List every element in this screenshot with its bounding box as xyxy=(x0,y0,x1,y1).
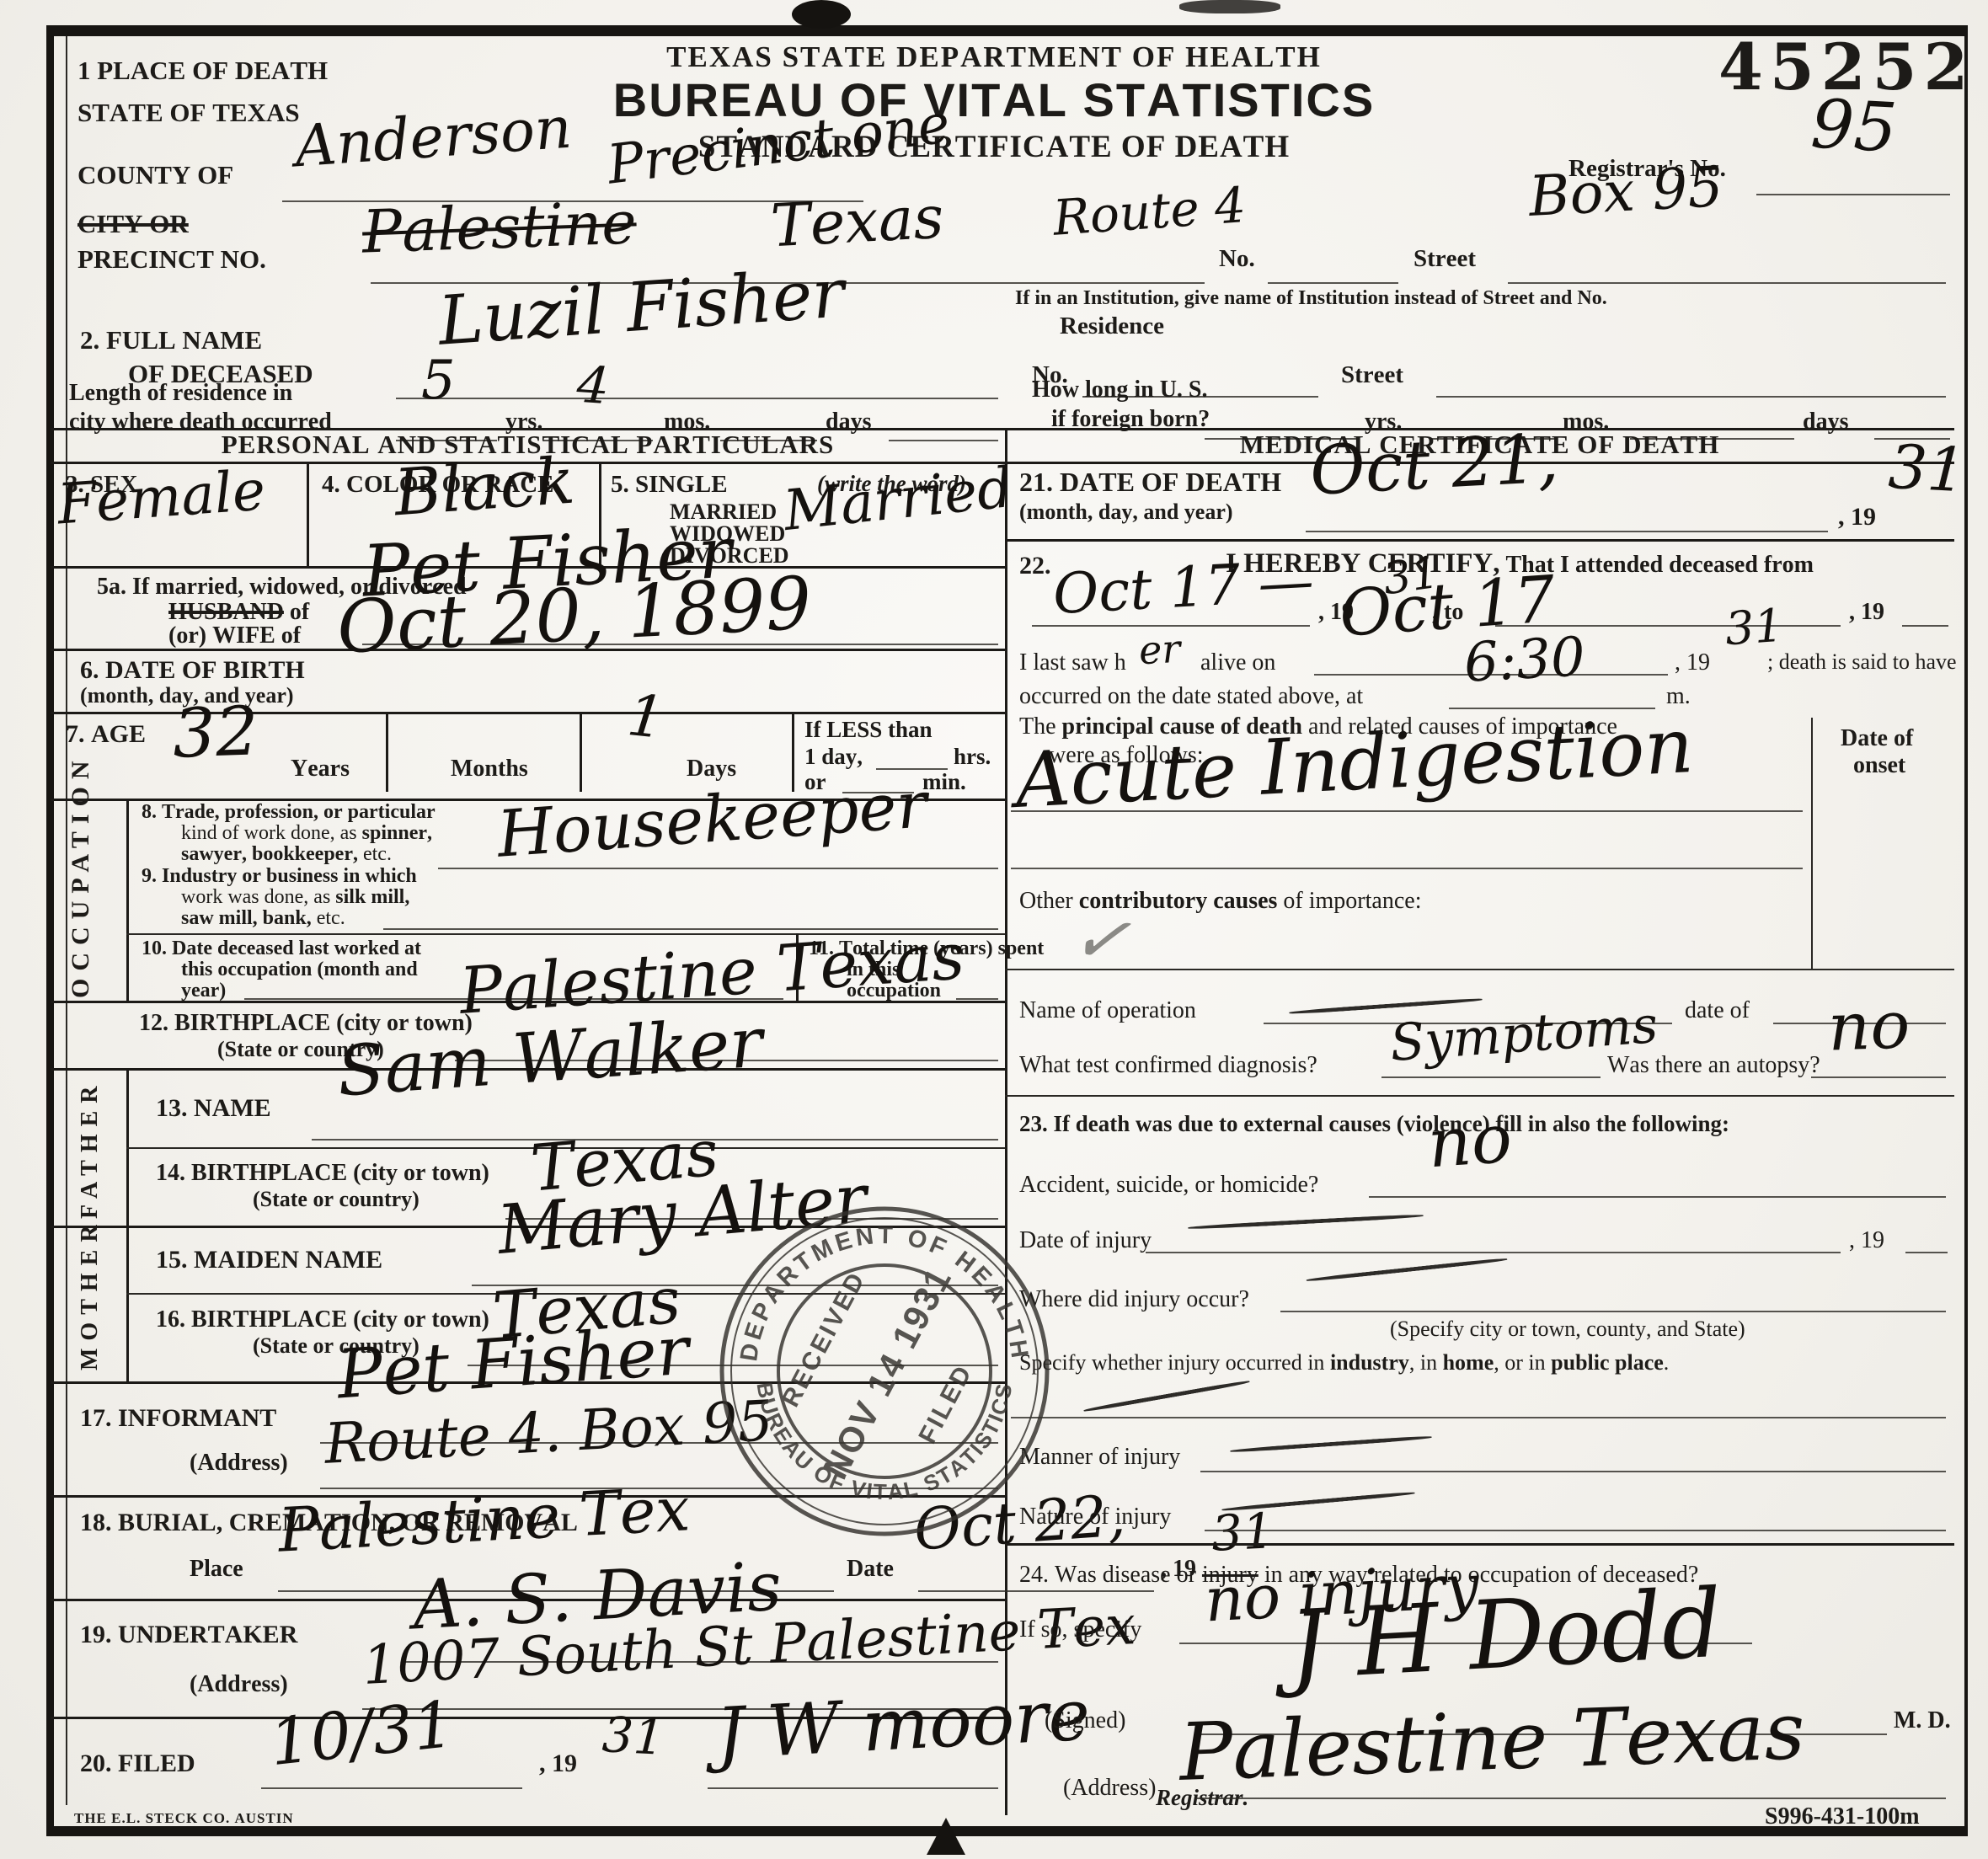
saw-19-label: , 19 xyxy=(1675,650,1710,675)
occ11-rule xyxy=(956,998,998,1000)
spouse-wife-label: (or) WIFE of xyxy=(168,623,301,648)
length-mos-value: 4 xyxy=(575,360,611,413)
spec-label-line: Specify whether injury occurred in indus… xyxy=(1019,1351,1669,1374)
cause-rule-2 xyxy=(1011,868,1803,869)
stamp-graphic: DEPARTMENT OF HEALTH BUREAU OF VITAL STA… xyxy=(716,1203,1053,1540)
spec-label-2: industry xyxy=(1330,1350,1409,1375)
autopsy-rule xyxy=(1811,1076,1946,1078)
dob-label: 6. DATE OF BIRTH xyxy=(80,657,305,684)
place-of-death-label: 1 PLACE OF DEATH xyxy=(77,57,328,85)
occ9-label-2a: work was done, as xyxy=(181,886,335,908)
filed-19-label: , 19 xyxy=(539,1750,577,1777)
burial-date-rule xyxy=(918,1590,1154,1592)
occ8-label-3a: sawyer, bookkeeper, xyxy=(181,843,358,865)
injury-where-rule xyxy=(1280,1311,1946,1312)
q23-label-3: ) fill in also the following: xyxy=(1483,1111,1729,1136)
burial-year-value: 31 xyxy=(1210,1506,1275,1558)
institution-note: If in an Institution, give name of Insti… xyxy=(1015,288,1607,309)
c22-19b-label: , 19 xyxy=(1849,600,1884,624)
undertaker-label: 19. UNDERTAKER xyxy=(80,1621,297,1648)
occ8-label-2a: kind of work done, as xyxy=(181,822,362,844)
age-col-divider-1 xyxy=(386,712,388,792)
ifso-label: If so, specify xyxy=(1019,1617,1141,1642)
age-value: 32 xyxy=(172,697,260,768)
spec-label-5: , or in xyxy=(1494,1350,1551,1375)
min-label: min. xyxy=(922,770,966,793)
undertaker-addr-label: (Address) xyxy=(190,1672,288,1696)
spec-label-4: home xyxy=(1443,1350,1494,1375)
informant-addr-label: (Address) xyxy=(190,1450,288,1475)
occurred-time-value: 6:30 xyxy=(1462,630,1586,690)
burial-place-label: Place xyxy=(190,1557,243,1581)
fullname-label-1: 2. FULL NAME xyxy=(80,327,262,355)
test-rule xyxy=(1381,1076,1601,1078)
dod-year-value: 31 xyxy=(1887,436,1967,501)
spec-label-3: , in xyxy=(1409,1350,1443,1375)
no-value: Route 4 xyxy=(1051,180,1247,243)
operation-date-label: date of xyxy=(1685,998,1750,1023)
county-label: COUNTY OF xyxy=(77,162,233,190)
age-years-label: Years xyxy=(291,756,350,781)
contrib-bottom-rule xyxy=(1005,969,1954,970)
street-value: Box 95 xyxy=(1527,159,1724,225)
less-than-label-1: If LESS than xyxy=(804,718,933,741)
spec-label-7: . xyxy=(1664,1350,1670,1375)
injury-where-label: Where did injury occur? xyxy=(1019,1287,1249,1311)
occ8-label-3: sawyer, bookkeeper, etc. xyxy=(181,844,392,865)
occupation-side-label: OCCUPATION xyxy=(67,817,94,998)
registrar-sig-rule xyxy=(708,1787,998,1789)
injury-date-rule xyxy=(1146,1252,1841,1253)
registrar-no-value: 95 xyxy=(1809,90,1899,162)
q23-label-line: 23. If death was due to external causes … xyxy=(1019,1112,1729,1135)
onset-label-2: onset xyxy=(1853,753,1905,777)
q23-label-1: 23. If death was due to external causes … xyxy=(1019,1111,1404,1136)
test-label: What test confirmed diagnosis? xyxy=(1019,1053,1317,1077)
dod-rule xyxy=(1306,531,1828,532)
less-than-label-2: 1 day, xyxy=(804,745,863,768)
physician-addr-value: Palestine Texas xyxy=(1178,1692,1807,1793)
c22-number: 22. xyxy=(1019,553,1051,580)
autopsy-value: no xyxy=(1827,992,1911,1060)
row23-bottom-rule xyxy=(1005,1543,1954,1546)
occ9-label-3b: etc. xyxy=(312,907,345,929)
howlong-label-1: How long in U. S. xyxy=(1032,377,1208,402)
md-label: M. D. xyxy=(1894,1708,1951,1733)
saw-label-3: ; death is said to have xyxy=(1767,650,1957,673)
signed-label: (Signed) xyxy=(1045,1708,1125,1733)
saw-year-value: 31 xyxy=(1723,603,1784,653)
filed-rule xyxy=(261,1787,522,1789)
occ9-label-3a: saw mill, bank, xyxy=(181,907,312,929)
state-label: STATE OF TEXAS xyxy=(77,99,300,127)
precinct-label: PRECINCT NO. xyxy=(77,246,266,274)
f13-label: 13. NAME xyxy=(156,1095,271,1122)
f14-sub: (State or country) xyxy=(253,1188,420,1210)
saw-label-1: I last saw h xyxy=(1019,650,1126,675)
filed-value: 10/31 xyxy=(267,1692,457,1775)
operation-label: Name of operation xyxy=(1019,998,1196,1023)
q24-label-1: 24. Was disease or xyxy=(1019,1562,1202,1588)
accident-rule xyxy=(1369,1196,1946,1198)
age-col-divider-2 xyxy=(580,712,582,792)
onset-box-border xyxy=(1811,718,1813,969)
occ9-label-2: work was done, as silk mill, xyxy=(181,887,409,908)
father-side-label: FATHER xyxy=(77,1080,102,1219)
precinct-value-struck: Palestine xyxy=(361,193,638,261)
city-or-label-struck: CITY OR xyxy=(77,211,189,238)
from-value: Oct 17 — xyxy=(1051,553,1315,622)
injury-date-year-rule xyxy=(1905,1252,1948,1253)
res-street-rule xyxy=(1436,396,1946,398)
physician-addr-rule xyxy=(1196,1798,1946,1799)
spec-label-6: public place xyxy=(1551,1350,1664,1375)
spouse-husband-line: HUSBAND of xyxy=(168,600,309,624)
contrib-label-3: of importance: xyxy=(1277,888,1421,914)
printer-imprint: THE E.L. STECK CO. AUSTIN xyxy=(74,1811,294,1826)
occ9-label-3: saw mill, bank, etc. xyxy=(181,908,345,929)
parent-col-border xyxy=(126,1068,129,1381)
no-label: No. xyxy=(1219,246,1255,271)
age-days-value: 1 xyxy=(625,687,667,748)
res-street-label: Street xyxy=(1341,362,1403,387)
precinct-value: Texas xyxy=(769,188,945,256)
saw-er-value: er xyxy=(1138,629,1182,670)
form-number: S996-431-100m xyxy=(1765,1804,1920,1829)
spouse-husband-struck: HUSBAND xyxy=(168,599,284,625)
filed-label: 20. FILED xyxy=(80,1750,195,1777)
informant-label: 17. INFORMANT xyxy=(80,1405,276,1432)
fullname-rule xyxy=(396,398,998,399)
injury-date-19-label: , 19 xyxy=(1849,1228,1884,1253)
physician-addr-label: (Address) xyxy=(1063,1776,1156,1800)
occ10-label-2: this occupation (month and xyxy=(181,959,418,980)
accident-label: Accident, suicide, or homicide? xyxy=(1019,1173,1318,1197)
length-yrs-value: 5 xyxy=(421,354,456,408)
dod-19-label: , 19 xyxy=(1838,504,1876,531)
filed-year-value: 31 xyxy=(601,1710,666,1762)
street-label: Street xyxy=(1414,246,1476,271)
blank-rule xyxy=(1011,1417,1946,1418)
death-certificate-scan: 1 PLACE OF DEATH STATE OF TEXAS COUNTY O… xyxy=(0,0,1988,1859)
occ10-label-3: year) xyxy=(181,980,226,1002)
dod-sub: (month, day, and year) xyxy=(1019,500,1233,523)
no-rule xyxy=(1268,282,1398,284)
spec-label-1: Specify whether injury occurred in xyxy=(1019,1350,1330,1375)
sex-value: Female xyxy=(56,462,267,532)
autopsy-label: Was there an autopsy? xyxy=(1607,1053,1820,1077)
occupation-col-border xyxy=(126,799,129,1001)
street-rule xyxy=(1508,282,1946,284)
received-filed-stamp: DEPARTMENT OF HEALTH BUREAU OF VITAL STA… xyxy=(716,1203,1053,1540)
pen-checkmark: ✓ xyxy=(1067,902,1134,979)
registrar-signature: J W moore xyxy=(714,1679,1092,1769)
accident-value: no xyxy=(1425,1105,1514,1178)
length-res-label-1: Length of residence in xyxy=(69,381,292,405)
row22-bottom-rule xyxy=(1005,1095,1954,1097)
age-label: 7. AGE xyxy=(66,721,146,748)
f14-label: 14. BIRTHPLACE (city or town) xyxy=(156,1161,489,1185)
to-year-rule xyxy=(1902,625,1948,627)
age-days-label: Days xyxy=(687,756,736,781)
row21-bottom-rule xyxy=(1005,539,1954,542)
race-value: Black xyxy=(393,449,577,526)
physician-signature: J H Dodd xyxy=(1286,1577,1724,1694)
mother-side-label: MOTHER xyxy=(77,1231,102,1370)
dod-label: 21. DATE OF DEATH xyxy=(1019,468,1281,497)
scan-smudge xyxy=(1179,0,1280,13)
spouse-of: of xyxy=(284,599,309,625)
manner-rule xyxy=(1200,1471,1946,1472)
occ8-label-2b: spinner, xyxy=(362,822,432,844)
occ8-label-1: 8. Trade, profession, or particular xyxy=(142,802,436,823)
nature-rule xyxy=(1205,1530,1946,1531)
burial-date-label: Date xyxy=(847,1557,894,1581)
occ10-label-1: 10. Date deceased last worked at xyxy=(142,938,421,959)
dod-value: Oct 21, xyxy=(1308,425,1560,505)
residence-label: Residence xyxy=(1060,313,1164,339)
age-months-label: Months xyxy=(451,756,528,781)
contrib-label-1: Other xyxy=(1019,888,1079,914)
injury-where-sub: (Specify city or town, county, and State… xyxy=(1390,1317,1745,1340)
bureau-title: BUREAU OF VITAL STATISTICS xyxy=(539,76,1449,126)
onset-label-1: Date of xyxy=(1841,726,1913,751)
cause-rule-1 xyxy=(1011,810,1803,812)
saw-label-2: alive on xyxy=(1200,650,1275,675)
occ8-label-3b: etc. xyxy=(358,843,392,865)
registrar-no-rule xyxy=(1756,194,1950,195)
marital-label: 5. SINGLE xyxy=(611,472,728,497)
sex-race-divider xyxy=(307,462,309,566)
occ9-label-2b: silk mill, xyxy=(335,886,409,908)
occ8-label-2: kind of work done, as spinner, xyxy=(181,823,432,844)
hrs-label: hrs. xyxy=(954,745,991,768)
m15-label: 15. MAIDEN NAME xyxy=(156,1247,382,1274)
scan-smudge xyxy=(792,0,851,29)
occ9-label-1: 9. Industry or business in which xyxy=(142,866,417,887)
dept-title: TEXAS STATE DEPARTMENT OF HEALTH xyxy=(556,42,1432,73)
occurred-label: occurred on the date stated above, at xyxy=(1019,684,1363,708)
